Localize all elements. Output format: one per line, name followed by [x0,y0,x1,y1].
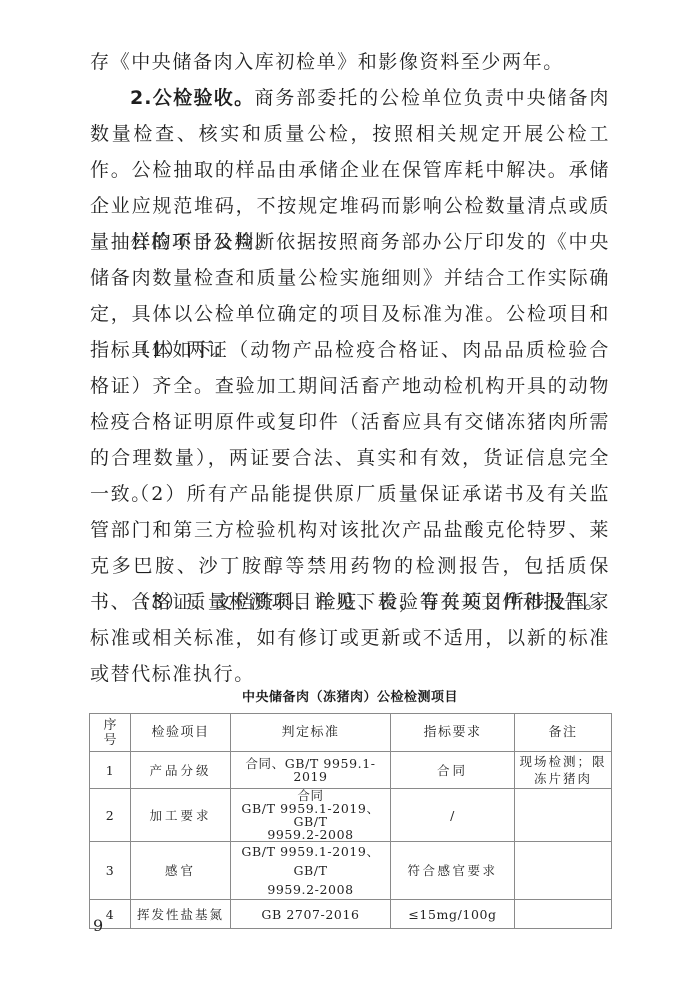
table-row: 2 加工要求 合同 GB/T 9959.1-2019、GB/T 9959.2-2… [90,789,612,842]
cell-item: 感官 [131,842,231,900]
cell-requirement: 合同 [391,752,515,789]
cell-standard: 合同 GB/T 9959.1-2019、GB/T 9959.2-2008 [231,789,391,842]
cell-item: 加工要求 [131,789,231,842]
cell-requirement: 符合感官要求 [391,842,515,900]
cell-no: 1 [90,752,131,789]
header-inspection-item: 检验项目 [131,714,231,752]
standard-line: GB 2707-2016 [234,908,387,921]
standard-line: GB/T 9959.1-2019、GB/T [234,802,387,828]
table-row: 4 挥发性盐基氮 GB 2707-2016 ≤15mg/100g [90,900,612,929]
cell-remark [515,900,612,929]
standard-line: 9959.2-2008 [234,880,387,899]
cell-requirement: / [391,789,515,842]
section-heading-public-inspection: 2.公检验收。 [130,87,254,109]
header-standard: 判定标准 [231,714,391,752]
standard-line: 合同、GB/T 9959.1-2019 [234,757,387,783]
cell-remark: 现场检测；限冻片猪肉 [515,752,612,789]
paragraph-continuation: 存《中央储备肉入库初检单》和影像资料至少两年。 [90,44,610,80]
page-number: 9 [93,916,103,935]
cell-requirement: ≤15mg/100g [391,900,515,929]
standard-line: 9959.2-2008 [234,828,387,841]
paragraph-item-3-quality: （3）质量检测项目详见下表，有关项目所涉及国家标准或相关标准，如有修订或更新或不… [90,584,610,692]
table-row: 1 产品分级 合同、GB/T 9959.1-2019 合同 现场检测；限冻片猪肉 [90,752,612,789]
cell-remark [515,789,612,842]
table-row: 3 感官 GB/T 9959.1-2019、GB/T 9959.2-2008 符… [90,842,612,900]
cell-remark [515,842,612,900]
table-title: 中央储备肉（冻猪肉）公检检测项目 [90,686,610,705]
cell-item: 产品分级 [131,752,231,789]
document-page: 存《中央储备肉入库初检单》和影像资料至少两年。 2.公检验收。商务部委托的公检单… [0,0,700,989]
cell-standard: 合同、GB/T 9959.1-2019 [231,752,391,789]
cell-no: 2 [90,789,131,842]
inspection-items-table: 序号 检验项目 判定标准 指标要求 备注 1 产品分级 合同、GB/T 9959… [89,713,612,929]
header-serial-no: 序号 [90,714,131,752]
cell-standard: GB 2707-2016 [231,900,391,929]
table-header-row: 序号 检验项目 判定标准 指标要求 备注 [90,714,612,752]
standard-line: GB/T 9959.1-2019、GB/T [234,842,387,880]
cell-standard: GB/T 9959.1-2019、GB/T 9959.2-2008 [231,842,391,900]
cell-no: 3 [90,842,131,900]
cell-item: 挥发性盐基氮 [131,900,231,929]
header-requirement: 指标要求 [391,714,515,752]
header-remark: 备注 [515,714,612,752]
